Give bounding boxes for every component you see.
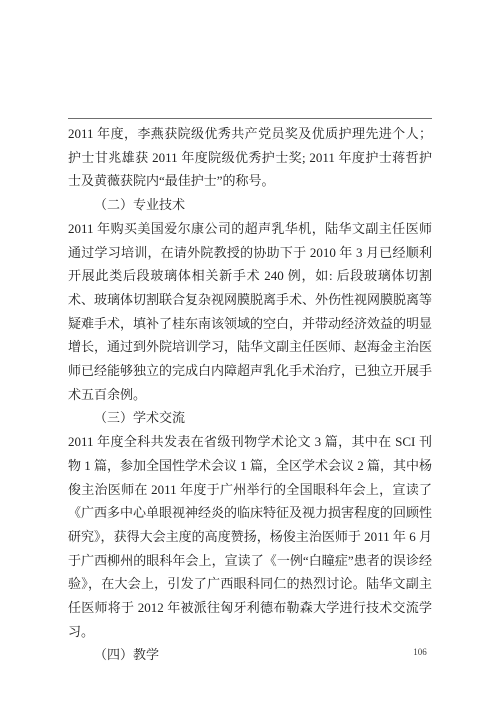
paragraph-nurse-awards: 2011 年度，李燕获院级优秀共产党员奖及优质护理先进个人；护士甘兆雄获 201…: [68, 122, 432, 193]
header-rule: [68, 118, 432, 119]
section-heading-teaching: （四）教学: [68, 643, 432, 667]
section-heading-academic-exchange: （三）学术交流: [68, 406, 432, 430]
document-page: 2011 年度，李燕获院级优秀共产党员奖及优质护理先进个人；护士甘兆雄获 201…: [0, 0, 500, 707]
page-number: 106: [408, 646, 432, 658]
paragraph-professional-tech: 2011 年购买美国爱尔康公司的超声乳华机，陆华文副主任医师通过学习培训，在请外…: [68, 217, 432, 407]
paragraph-academic-exchange: 2011 年度全科共发表在省级刊物学术论文 3 篇，其中在 SCI 刊物 1 篇…: [68, 430, 432, 643]
section-heading-professional-tech: （二）专业技术: [68, 193, 432, 217]
body-text: 2011 年度，李燕获院级优秀共产党员奖及优质护理先进个人；护士甘兆雄获 201…: [68, 122, 432, 667]
